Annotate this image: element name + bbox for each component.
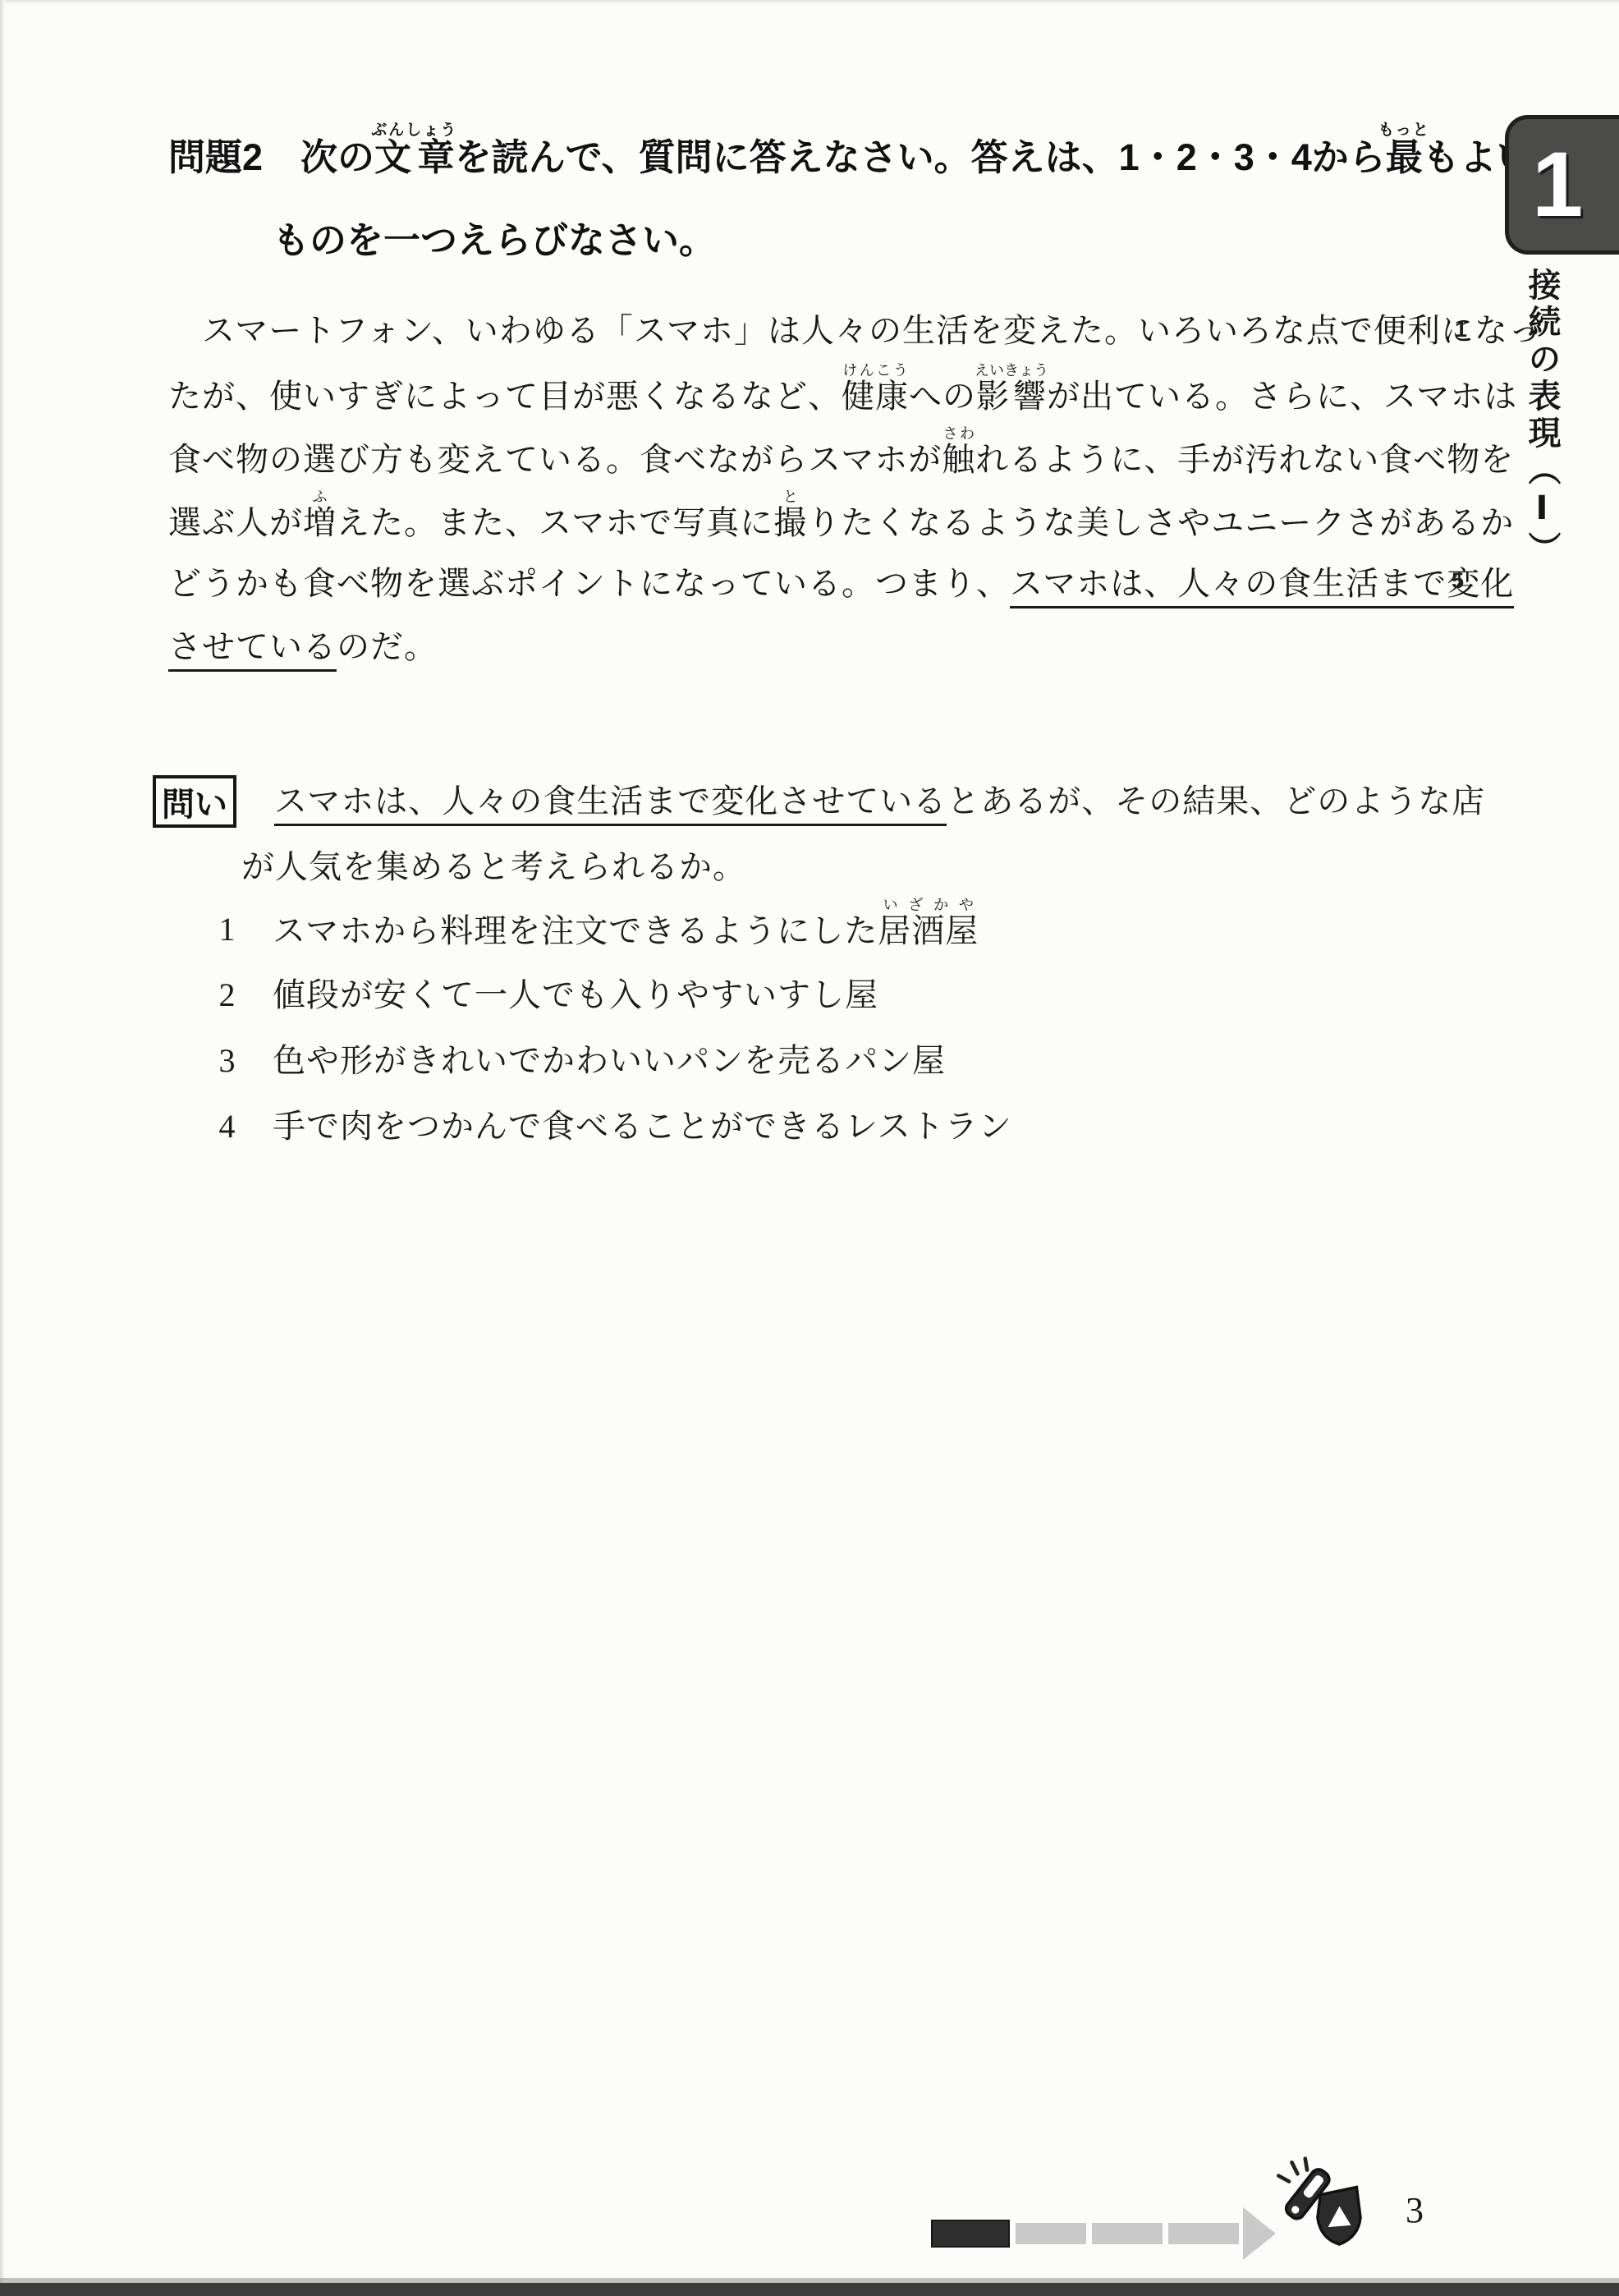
progress-indicator [931, 2207, 1276, 2260]
scanned-textbook-page: 問題2 次の文章ぶんしょうを読んで、質問に答えなさい。答えは、1・2・3・4から… [0, 0, 1619, 2296]
progress-segment [1168, 2223, 1239, 2244]
chapter-tab-number: 1 [1532, 139, 1583, 231]
progress-segment [1092, 2223, 1163, 2244]
passage-line-4: 選ぶ人が増ふえた。また、スマホで写真に撮とりたくなるような美しさやユニークさがあ… [168, 489, 1449, 552]
progress-segment [1016, 2223, 1086, 2244]
scan-edge-top [0, 0, 1619, 4]
option-number: 1 [215, 897, 240, 962]
problem-number-label: 問題2 [168, 127, 263, 181]
option-text: 色や形がきれいでかわいいパンを売るパン屋 [273, 1028, 946, 1094]
margin-line-number-5: 5 [1452, 568, 1464, 594]
option-text: 値段が安くて一人でも入りやすいすし屋 [273, 962, 878, 1028]
page-number: 3 [1406, 2189, 1424, 2231]
option-number: 4 [215, 1094, 240, 1159]
goal-stamp-icon [1271, 2155, 1366, 2250]
option-number: 3 [215, 1028, 240, 1094]
answer-options: 1 スマホから料理を注文できるようにした居酒屋いざかや 2 値段が安くて一人でも… [215, 897, 1012, 1159]
scan-edge-left [0, 0, 5, 2296]
answer-option-1: 1 スマホから料理を注文できるようにした居酒屋いざかや [215, 897, 1012, 962]
reading-passage: スマートフォン、いわゆる「スマホ」は人々の生活を変えた。いろいろな点で便利になっ… [168, 299, 1449, 678]
question-label: 問い [162, 778, 227, 825]
problem-instruction-line1: 次の文章ぶんしょうを読んで、質問に答えなさい。答えは、1・2・3・4から最もっと… [300, 122, 1534, 181]
passage-line-6: させているのだ。 [168, 615, 1449, 678]
progress-segment-filled [931, 2220, 1010, 2248]
answer-option-4: 4 手で肉をつかんで食べることができるレストラン [215, 1094, 1012, 1159]
question-label-box: 問い [153, 775, 236, 828]
scan-edge-bottom [0, 2283, 1619, 2296]
question-prompt-line2: が人気を集めると考えられるか。 [241, 843, 746, 892]
problem-instruction-line2: ものを一つえらびなさい。 [273, 210, 716, 264]
option-text: 手で肉をつかんで食べることができるレストラン [273, 1094, 1012, 1159]
margin-line-number-1: 1 [1455, 317, 1467, 342]
passage-line-3: 食べ物の選び方も変えている。食べながらスマホが触さわれるように、手が汚れない食べ… [168, 425, 1449, 489]
option-number: 2 [215, 962, 240, 1028]
chapter-tab: 1 [1505, 115, 1619, 255]
question-prompt-line1: スマホは、人々の食生活まで変化させているとあるが、その結果、どのような店 [274, 775, 1485, 828]
answer-option-2: 2 値段が安くて一人でも入りやすいすし屋 [215, 962, 1012, 1028]
passage-line-5: どうかも食べ物を選ぶポイントになっている。つまり、スマホは、人々の食生活まで変化 [168, 552, 1449, 615]
passage-line-2: たが、使いすぎによって目が悪くなるなど、健康けんこうへの影響えいきょうが出ている… [168, 362, 1449, 425]
answer-option-3: 3 色や形がきれいでかわいいパンを売るパン屋 [215, 1028, 1012, 1094]
option-text: スマホから料理を注文できるようにした居酒屋いざかや [273, 897, 979, 962]
passage-line-1: スマートフォン、いわゆる「スマホ」は人々の生活を変えた。いろいろな点で便利になっ [168, 299, 1449, 362]
problem-header: 問題2 次の文章ぶんしょうを読んで、質問に答えなさい。答えは、1・2・3・4から… [168, 122, 1534, 181]
